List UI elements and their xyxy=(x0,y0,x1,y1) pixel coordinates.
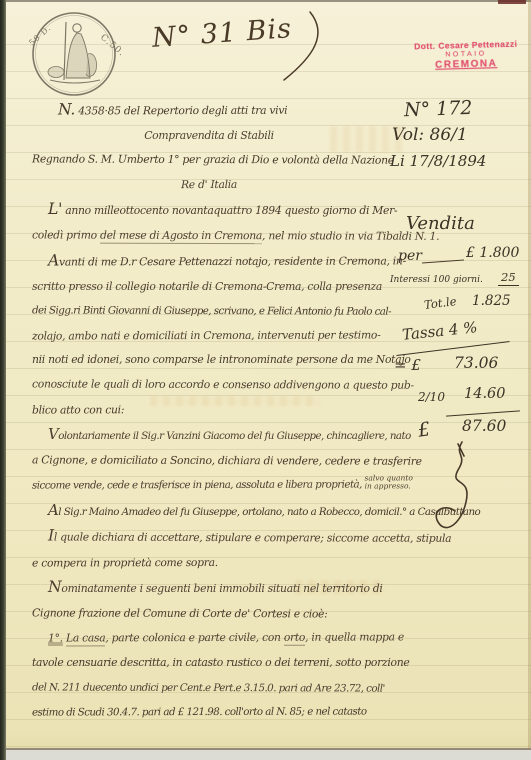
deed-line: Nominatamente i seguenti beni immobili s… xyxy=(32,575,386,602)
margin-volume: Vol: 86/1 xyxy=(392,125,468,145)
deed-line: coledì primo del mese di Agosto in Cremo… xyxy=(32,223,386,249)
notary-rubber-stamp: Dott. Cesare Pettenazzi NOTAIO CREMONA xyxy=(403,38,530,71)
underlined-orto: orto xyxy=(284,631,305,646)
deed-line: Re d' Italia xyxy=(32,172,386,198)
margin-title-vendita: Vendita xyxy=(406,213,475,234)
interlinear-note: salvo quantoin appresso. xyxy=(365,475,413,491)
notary-city: CREMONA xyxy=(403,57,529,71)
deed-scan-page: C.50. 50 D. N° 31 Bis Dott. Cesare Pette… xyxy=(0,0,531,760)
corner-red-mark xyxy=(498,0,526,4)
deed-line: estimo di Scudi 30.4.7. pari ad £ 121.98… xyxy=(32,700,386,726)
fee-total-amount: 1.825 xyxy=(472,293,511,309)
deed-line: dei Sigg.ri Binti Giovanni di Giuseppe, … xyxy=(32,299,386,325)
deed-title-line: Compravendita di Stabili xyxy=(32,124,386,149)
fee-tax-rate: Tassa 4 % xyxy=(401,318,478,344)
stamp-left-arc: 50 D. xyxy=(27,23,53,47)
fee-surtax-fraction: 2/10 xyxy=(418,390,445,404)
deed-line: N. 4358·85 del Repertorio degli atti tra… xyxy=(32,96,386,124)
deed-line: Regnando S. M. Umberto 1° per grazia di … xyxy=(32,147,386,173)
underlined-la-casa: La casa xyxy=(66,632,105,647)
item-number: 1°. xyxy=(48,632,63,645)
fee-tax-amount: 73.06 xyxy=(454,354,498,372)
scan-bottom-edge xyxy=(6,748,531,760)
deed-line: Il quale dichiara di accettare, stipular… xyxy=(32,524,386,552)
fee-interest-label: Interessi 100 giorni. xyxy=(390,275,483,285)
deed-line: nii noti ed idonei, sono comparse le int… xyxy=(32,348,386,373)
fee-base-amount: £ 1.800 xyxy=(466,245,519,261)
deed-line: Avanti di me D.r Cesare Pettenazzi notaj… xyxy=(32,248,386,276)
fee-equals-sign: = £ xyxy=(394,356,421,374)
fee-interest-amount: 25 xyxy=(498,270,519,286)
deed-line: e compera in proprietà come sopra. xyxy=(32,550,386,576)
underlined-date-place: del mese di Agosto in Cremona xyxy=(100,228,262,244)
deed-line: 1°. La casa, parte colonica e parte civi… xyxy=(32,626,386,652)
revenue-stamp-icon: C.50. 50 D. xyxy=(24,10,124,98)
fee-grand-total: 87.60 xyxy=(462,417,506,435)
deed-line: L' anno milleottocento novantaquattro 18… xyxy=(32,197,386,224)
pen-dash xyxy=(422,260,464,264)
deed-line: Cignone frazione del Comune di Corte de'… xyxy=(32,601,386,627)
deed-line: del N. 211 duecento undici per Cent.e Pe… xyxy=(32,675,386,701)
deed-line: siccome vende, cede e trasferisce in pie… xyxy=(32,473,386,499)
notary-paraph-flourish xyxy=(422,440,482,560)
binding-edge xyxy=(0,0,6,760)
deed-line: Volontariamente il Sig.r Vanzini Giacomo… xyxy=(32,422,386,449)
deed-text: siccome vende, cede e trasferisce in pie… xyxy=(32,479,365,492)
deed-body: N. 4358·85 del Repertorio degli atti tra… xyxy=(32,97,386,725)
lira-sign: £ xyxy=(417,418,432,441)
deed-line: tavole censuarie descritta, in catasto r… xyxy=(32,651,386,676)
margin-act-number: N° 172 xyxy=(404,97,473,121)
deed-line: Al Sig.r Maino Amadeo del fu Giuseppe, o… xyxy=(32,498,386,525)
fee-surtax-amount: 14.60 xyxy=(464,386,506,402)
fee-total-label: Tot.le xyxy=(423,294,457,312)
handwritten-act-number: N° 31 Bis xyxy=(151,13,293,54)
scan-top-edge xyxy=(6,0,531,2)
deed-line: blico atto con cui: xyxy=(32,397,386,423)
sum-rule-line xyxy=(446,410,520,416)
margin-date: Li 17/8/1894 xyxy=(390,152,486,170)
deed-line: conosciute le quali di loro accordo e co… xyxy=(32,372,386,398)
deed-line: scritto presso il collegio notarile di C… xyxy=(32,275,386,300)
deed-line: a Cignone, e domiciliato a Soncino, dich… xyxy=(32,448,386,474)
deed-text: coledì primo xyxy=(32,228,100,241)
deed-line: zolajo, ambo nati e domiciliati in Cremo… xyxy=(32,323,386,349)
fee-per-label: per xyxy=(398,248,422,264)
